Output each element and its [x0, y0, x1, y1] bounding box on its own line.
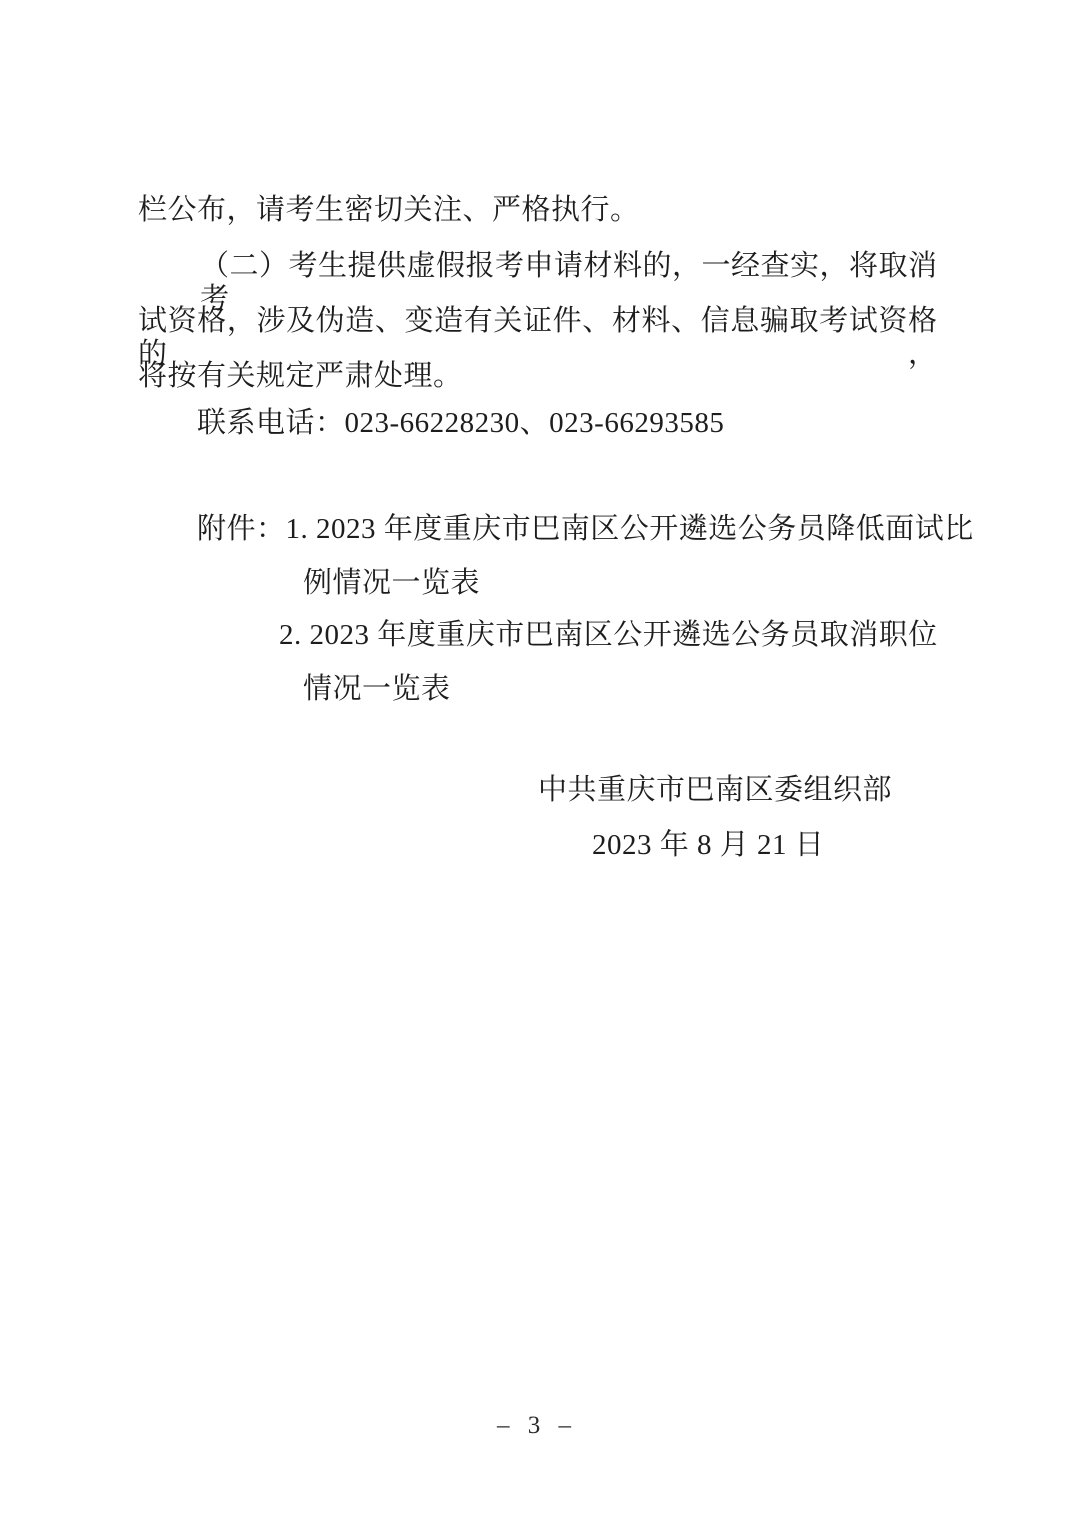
- page-number: – 3 –: [0, 1412, 1074, 1440]
- body-line-para2-3: 将按有关规定严肃处理。: [138, 360, 463, 393]
- contact-phone-line: 联系电话：023-66228230、023-66293585: [197, 407, 724, 440]
- signature-org: 中共重庆市巴南区委组织部: [538, 774, 892, 807]
- attachment-1-line-1: 附件：1. 2023 年度重庆市巴南区公开遴选公务员降低面试比: [197, 513, 974, 546]
- body-line-continuation: 栏公布，请考生密切关注、严格执行。: [138, 194, 640, 227]
- attachment-2-line-1: 2. 2023 年度重庆市巴南区公开遴选公务员取消职位: [279, 619, 938, 652]
- signature-date: 2023 年 8 月 21 日: [592, 829, 824, 862]
- document-page: 栏公布，请考生密切关注、严格执行。 （二）考生提供虚假报考申请材料的，一经查实，…: [0, 0, 1074, 1520]
- attachment-1-line-2: 例情况一览表: [303, 567, 480, 600]
- attachment-2-line-2: 情况一览表: [303, 673, 451, 706]
